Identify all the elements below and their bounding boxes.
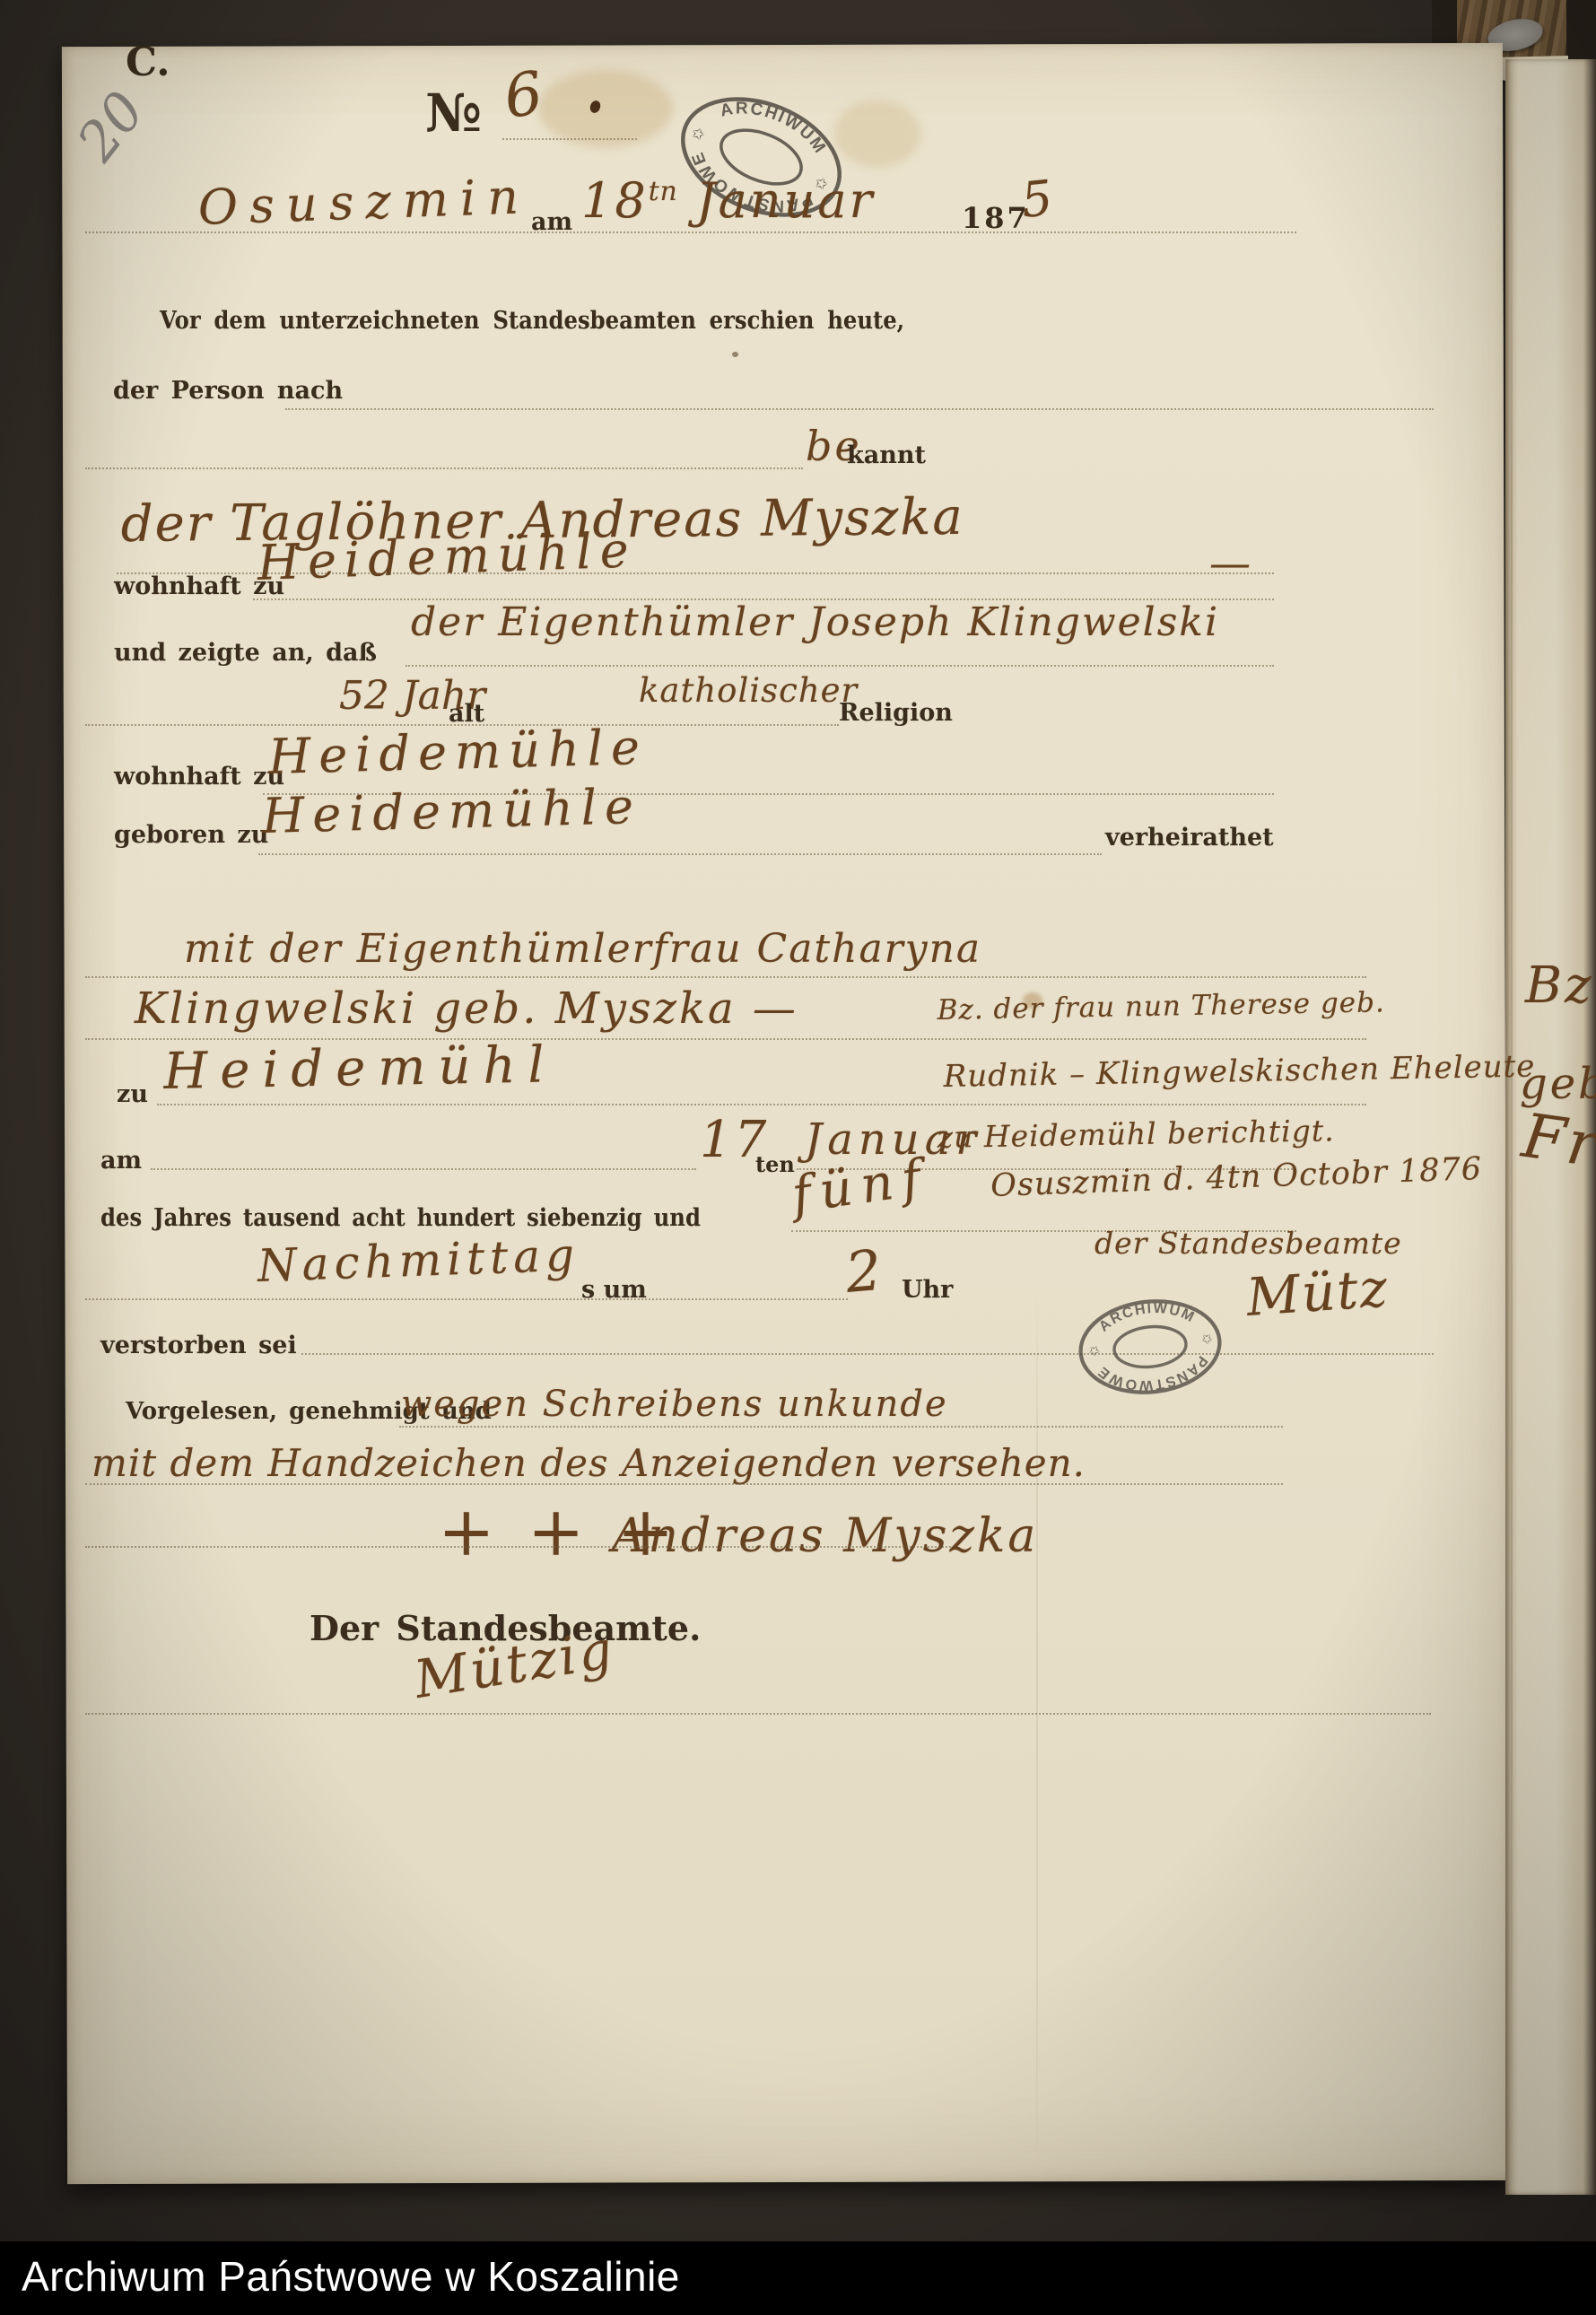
margin-note-line-3: zu Heidemühl berichtigt. <box>937 1113 1335 1155</box>
dateline-day-num: 18 <box>581 172 649 229</box>
stamp-text-bottom: ARCHIWUM <box>1095 1296 1199 1336</box>
dateline-day: 18tn Januar <box>581 172 875 229</box>
facing-page-fragment: Bz <box>1525 957 1594 1015</box>
script-hour: 2 <box>843 1237 887 1306</box>
caption-bar: Archiwum Państwowe w Koszalinie <box>0 2241 1596 2315</box>
rule <box>85 976 1366 978</box>
margin-note-line-5: der Standesbeamte <box>1095 1226 1402 1261</box>
rule <box>399 1426 1283 1428</box>
paper-stain <box>538 70 673 147</box>
label-verheirathet: verheirathet <box>1105 824 1274 852</box>
dateline-year-script: 5 <box>1018 169 1058 229</box>
script-birthplace: Heidemühle <box>261 778 641 844</box>
paper-speck <box>732 352 738 357</box>
script-dash: — <box>1209 538 1253 587</box>
record-number-symbol: № <box>425 83 482 144</box>
rule <box>85 1298 848 1300</box>
rule <box>85 1713 1431 1715</box>
dateline-place: Osuszmin <box>197 168 531 236</box>
form-intro: Vor dem unterzeichneten Standesbeamten e… <box>160 307 904 335</box>
margin-note-signature: Mütz <box>1244 1257 1391 1328</box>
script-residence-2: Heidemühle <box>267 719 648 785</box>
stamp-star-right: ✩ <box>1087 1342 1101 1358</box>
rule <box>85 1483 1283 1485</box>
label-uhr: Uhr <box>902 1276 953 1304</box>
svg-text:ARCHIWUM: ARCHIWUM <box>1095 1296 1199 1336</box>
facing-page-fragment: Fr <box>1518 1101 1596 1182</box>
script-spouse-1: mit der Eigenthümlerfrau Catharyna <box>184 926 981 972</box>
rule <box>85 1546 951 1548</box>
rule <box>157 1104 1366 1105</box>
archival-scan: C. 20 № 6 ARCHIWUM PAŃSTWOWE ✩ ✩ Osuszmi… <box>0 0 1596 2315</box>
script-declarant-signature: Andreas Myszka <box>612 1509 1038 1563</box>
stamp-star-left: ✩ <box>689 124 708 145</box>
script-deceased: der Eigenthümler Joseph Klingwelski <box>411 599 1219 645</box>
label-year-words: des Jahres tausend acht hundert siebenzi… <box>100 1204 701 1232</box>
stamp-star-left: ✩ <box>1200 1331 1214 1346</box>
label-kannt: kannt <box>847 441 926 469</box>
rule <box>406 665 1274 667</box>
paper-crease <box>1036 1292 1038 2171</box>
rule <box>85 467 803 469</box>
label-religion: Religion <box>839 699 953 727</box>
dateline-year-printed: 187 <box>962 201 1030 235</box>
archive-caption: Archiwum Państwowe w Koszalinie <box>22 2252 680 2301</box>
label-person-nach: der Person nach <box>113 377 343 405</box>
label-zu: zu <box>117 1080 148 1108</box>
dateline-month: Januar <box>696 172 875 229</box>
record-number-line <box>502 138 637 140</box>
rule <box>285 408 1434 410</box>
corner-label: C. <box>126 39 170 85</box>
label-wohnhaft-zu-2: wohnhaft zu <box>114 763 284 791</box>
rule <box>301 1353 1434 1355</box>
script-death-place: Heidemühl <box>163 1035 557 1101</box>
label-zeigte-an: und zeigte an, daß <box>114 639 377 667</box>
dateline-am-label: am <box>531 208 572 236</box>
label-am: am <box>100 1147 142 1175</box>
script-closing-2: mit dem Handzeichen des Anzeigenden vers… <box>92 1441 1086 1485</box>
script-religion: katholischer <box>639 671 858 710</box>
script-closing-1: wegen Schreibens unkunde <box>401 1384 948 1425</box>
label-geboren-zu: geboren zu <box>114 821 268 849</box>
label-verstorben-sei: verstorben sei <box>100 1332 297 1359</box>
dateline-day-suffix: tn <box>649 176 678 207</box>
fold-crease <box>1511 63 1513 2189</box>
archive-stamp-lower: PAŃSTWOWE ARCHIWUM ✩ ✩ <box>1064 1281 1236 1412</box>
rule <box>258 853 1102 855</box>
rule <box>151 1168 696 1170</box>
script-spouse-2: Klingwelski geb. Myszka — <box>135 983 798 1034</box>
rule <box>85 1038 1366 1040</box>
